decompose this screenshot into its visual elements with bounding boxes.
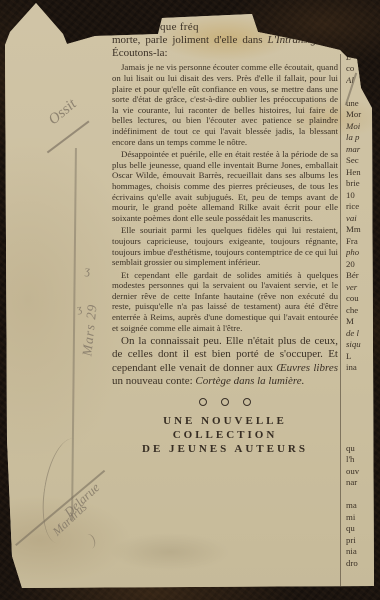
- side-column-line: L': [346, 52, 376, 64]
- handwritten-note-top-left: Ossit: [31, 83, 96, 141]
- side-column-line: ver: [346, 282, 376, 294]
- torn-first-line: que fréq: [112, 21, 338, 34]
- side-column-line: dro: [346, 558, 376, 570]
- side-column-line: che: [346, 305, 376, 317]
- section-break-ornament: [112, 393, 338, 411]
- side-column-line: ma: [346, 500, 376, 512]
- article-paragraph: Elle souriait parmi les quelques fidèles…: [112, 225, 338, 267]
- heading-line-2: DE JEUNES AUTEURS: [112, 442, 338, 456]
- column-rule: [340, 54, 341, 588]
- article-paragraph: morte, parle joliment d'elle dans L'Intr…: [112, 34, 338, 60]
- ornament-circle: [199, 398, 207, 406]
- side-column-line: 20: [346, 259, 376, 271]
- truncated-side-column: fL'coAl uneMorMoila pmarSecHenbrie10rice…: [346, 40, 376, 569]
- side-column-line: brie: [346, 178, 376, 190]
- ornament-circle: [243, 398, 251, 406]
- article-paragraph: Jamais je ne vis personne écouter comme …: [112, 62, 338, 147]
- side-column-line: [346, 397, 376, 409]
- newspaper-clipping: que fréq morte, parle joliment d'elle da…: [0, 0, 380, 600]
- side-column-line: co: [346, 63, 376, 75]
- side-column-line: qu: [346, 523, 376, 535]
- side-column-line: qu: [346, 443, 376, 455]
- side-column-line: Bér: [346, 270, 376, 282]
- article-body: morte, parle joliment d'elle dans L'Intr…: [112, 34, 338, 388]
- side-column-line: Mor: [346, 109, 376, 121]
- article-paragraph: On la connaissait peu. Elle n'était plus…: [112, 335, 338, 388]
- side-column-line: vai: [346, 213, 376, 225]
- side-column-line: une: [346, 98, 376, 110]
- side-column-line: [346, 489, 376, 501]
- section-heading: UNE NOUVELLE COLLECTION DE JEUNES AUTEUR…: [112, 414, 338, 456]
- side-column-line: Fra: [346, 236, 376, 248]
- side-column-line: [346, 431, 376, 443]
- article-paragraph: Désappointée et puérile, elle en était r…: [112, 149, 338, 223]
- side-column-line: rice: [346, 201, 376, 213]
- heading-line-1: UNE NOUVELLE COLLECTION: [112, 414, 338, 442]
- article-paragraph: Et cependant elle gardait de solides ami…: [112, 270, 338, 334]
- side-column-line: [346, 374, 376, 386]
- side-column-line: L: [346, 351, 376, 363]
- side-column-line: pri: [346, 535, 376, 547]
- side-column-line: Hen: [346, 167, 376, 179]
- side-column-line: de l: [346, 328, 376, 340]
- side-column-line: nia: [346, 546, 376, 558]
- pencil-tick-mark: [82, 533, 97, 551]
- side-column-line: [346, 385, 376, 397]
- article-column: que fréq morte, parle joliment d'elle da…: [112, 21, 338, 456]
- ornament-circle: [221, 398, 229, 406]
- side-column-line: nar: [346, 477, 376, 489]
- side-column-line: Sec: [346, 155, 376, 167]
- side-column-line: Mm: [346, 224, 376, 236]
- handwritten-date-margin: Mars 29: [76, 269, 104, 390]
- side-column-line: 10: [346, 190, 376, 202]
- side-column-line: ina: [346, 362, 376, 374]
- side-column-line: M: [346, 316, 376, 328]
- side-column-line: pho: [346, 247, 376, 259]
- side-column-line: la p: [346, 132, 376, 144]
- side-column-line: f: [346, 40, 376, 52]
- pencil-squiggle: ʒ: [76, 303, 82, 315]
- side-column-line: ouv: [346, 466, 376, 478]
- photo-album-page: que fréq morte, parle joliment d'elle da…: [0, 0, 380, 600]
- side-column-line: siqu: [346, 339, 376, 351]
- side-column-line: mar: [346, 144, 376, 156]
- side-column-line: mi: [346, 512, 376, 524]
- side-column-line: cou: [346, 293, 376, 305]
- side-column-line: l'h: [346, 454, 376, 466]
- side-column-line: [346, 420, 376, 432]
- side-column-line: [346, 408, 376, 420]
- side-column-line: Moi: [346, 121, 376, 133]
